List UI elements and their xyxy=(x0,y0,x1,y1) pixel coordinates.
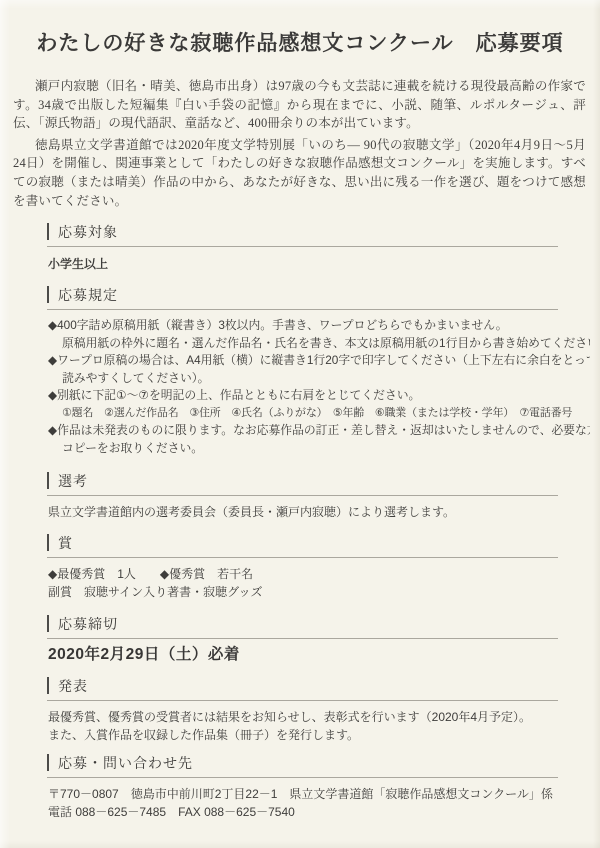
contact-body: 〒770－0807 徳島市中前川町2丁目22－1 県立文学書道館「寂聴作品感想文… xyxy=(48,785,590,821)
intro-paragraph-1: 瀬戸内寂聴（旧名・晴美、徳島市出身）は97歳の今も文芸誌に連載を続ける現役最高齢… xyxy=(13,77,586,133)
heading-accent-bar xyxy=(47,223,49,240)
announcement-line-1: 最優秀賞、優秀賞の受賞者には結果をお知らせし、表彰式を行います（2020年4月予… xyxy=(48,708,590,726)
contact-phone-fax: 電話 088－625－7485 FAX 088－625－7540 xyxy=(48,803,590,821)
rule-line: 原稿用紙の枠外に題名・選んだ作品名・氏名を書き、本文は原稿用紙の1行目から書き始… xyxy=(48,335,590,353)
intro-block: 瀬戸内寂聴（旧名・晴美、徳島市出身）は97歳の今も文芸誌に連載を続ける現役最高齢… xyxy=(13,77,586,210)
rule-line: ◆作品は未発表のものに限ります。なお応募作品の訂正・差し替え・返却はいたしません… xyxy=(48,422,590,440)
selection-body: 県立文学書道館内の選考委員会（委員長・瀬戸内寂聴）により選考します。 xyxy=(48,503,590,521)
contact-address: 〒770－0807 徳島市中前川町2丁目22－1 県立文学書道館「寂聴作品感想文… xyxy=(48,785,590,803)
rule-line: コピーをお取りください。 xyxy=(48,440,590,458)
scanned-flyer-page: わたしの好きな寂聴作品感想文コンクール 応募要項 瀬戸内寂聴（旧名・晴美、徳島市… xyxy=(0,0,600,848)
intro-paragraph-2: 徳島県立文学書道館では2020年度文学特別展「いのち― 90代の寂聴文学」（20… xyxy=(13,136,586,210)
heading-text: 選考 xyxy=(58,473,88,489)
announcement-line-2: また、入賞作品を収録した作品集（冊子）を発行します。 xyxy=(48,726,590,744)
section-contact: 応募・問い合わせ先 〒770－0807 徳島市中前川町2丁目22－1 県立文学書… xyxy=(0,754,600,821)
heading-text: 応募締切 xyxy=(58,616,118,632)
section-deadline-heading: 応募締切 xyxy=(47,615,558,639)
prize-line-grand: ◆最優秀賞 1人 ◆優秀賞 若干名 xyxy=(48,565,590,583)
rule-line: ◆400字詰め原稿用紙（縦書き）3枚以内。手書き、ワープロどちらでもかまいません… xyxy=(48,317,590,335)
target-body: 小学生以上 xyxy=(48,255,590,273)
prize-line-supplementary: 副賞 寂聴サイン入り著書・寂聴グッズ xyxy=(48,583,590,601)
heading-accent-bar xyxy=(47,754,49,771)
heading-text: 応募・問い合わせ先 xyxy=(58,755,193,771)
page-title: わたしの好きな寂聴作品感想文コンクール 応募要項 xyxy=(0,0,600,57)
rule-line-numbered-items: ①題名 ②選んだ作品名 ③住所 ④氏名（ふりがな） ⑤年齢 ⑥職業（または学校・… xyxy=(48,405,590,423)
heading-text: 賞 xyxy=(58,535,73,551)
section-announcement: 発表 最優秀賞、優秀賞の受賞者には結果をお知らせし、表彰式を行います（2020年… xyxy=(0,677,600,744)
prizes-body: ◆最優秀賞 1人 ◆優秀賞 若干名 副賞 寂聴サイン入り著書・寂聴グッズ xyxy=(48,565,590,601)
section-target: 応募対象 小学生以上 xyxy=(0,223,600,273)
rule-line: ◆別紙に下記①～⑦を明記の上、作品とともに右肩をとじてください。 xyxy=(48,387,590,405)
section-target-heading: 応募対象 xyxy=(47,223,558,247)
heading-text: 応募対象 xyxy=(58,224,118,240)
rules-list: ◆400字詰め原稿用紙（縦書き）3枚以内。手書き、ワープロどちらでもかまいません… xyxy=(48,317,590,457)
deadline-date: 2020年2月29日（土）必着 xyxy=(48,646,590,664)
section-announcement-heading: 発表 xyxy=(47,677,558,701)
heading-accent-bar xyxy=(47,615,49,632)
rule-line: ◆ワープロ原稿の場合は、A4用紙（横）に縦書き1行20字で印字してください（上下… xyxy=(48,352,590,370)
heading-text: 発表 xyxy=(58,678,88,694)
section-prizes-heading: 賞 xyxy=(47,534,558,558)
section-deadline: 応募締切 2020年2月29日（土）必着 xyxy=(0,615,600,664)
section-selection-heading: 選考 xyxy=(47,472,558,496)
section-rules: 応募規定 ◆400字詰め原稿用紙（縦書き）3枚以内。手書き、ワープロどちらでもか… xyxy=(0,286,600,457)
announcement-body: 最優秀賞、優秀賞の受賞者には結果をお知らせし、表彰式を行います（2020年4月予… xyxy=(48,708,590,744)
heading-accent-bar xyxy=(47,286,49,303)
heading-accent-bar xyxy=(47,677,49,694)
section-selection: 選考 県立文学書道館内の選考委員会（委員長・瀬戸内寂聴）により選考します。 xyxy=(0,472,600,521)
heading-text: 応募規定 xyxy=(58,287,118,303)
section-prizes: 賞 ◆最優秀賞 1人 ◆優秀賞 若干名 副賞 寂聴サイン入り著書・寂聴グッズ xyxy=(0,534,600,601)
rule-line: 読みやすくしてください）。 xyxy=(48,370,590,388)
section-contact-heading: 応募・問い合わせ先 xyxy=(47,754,558,778)
section-rules-heading: 応募規定 xyxy=(47,286,558,310)
heading-accent-bar xyxy=(47,472,49,489)
heading-accent-bar xyxy=(47,534,49,551)
